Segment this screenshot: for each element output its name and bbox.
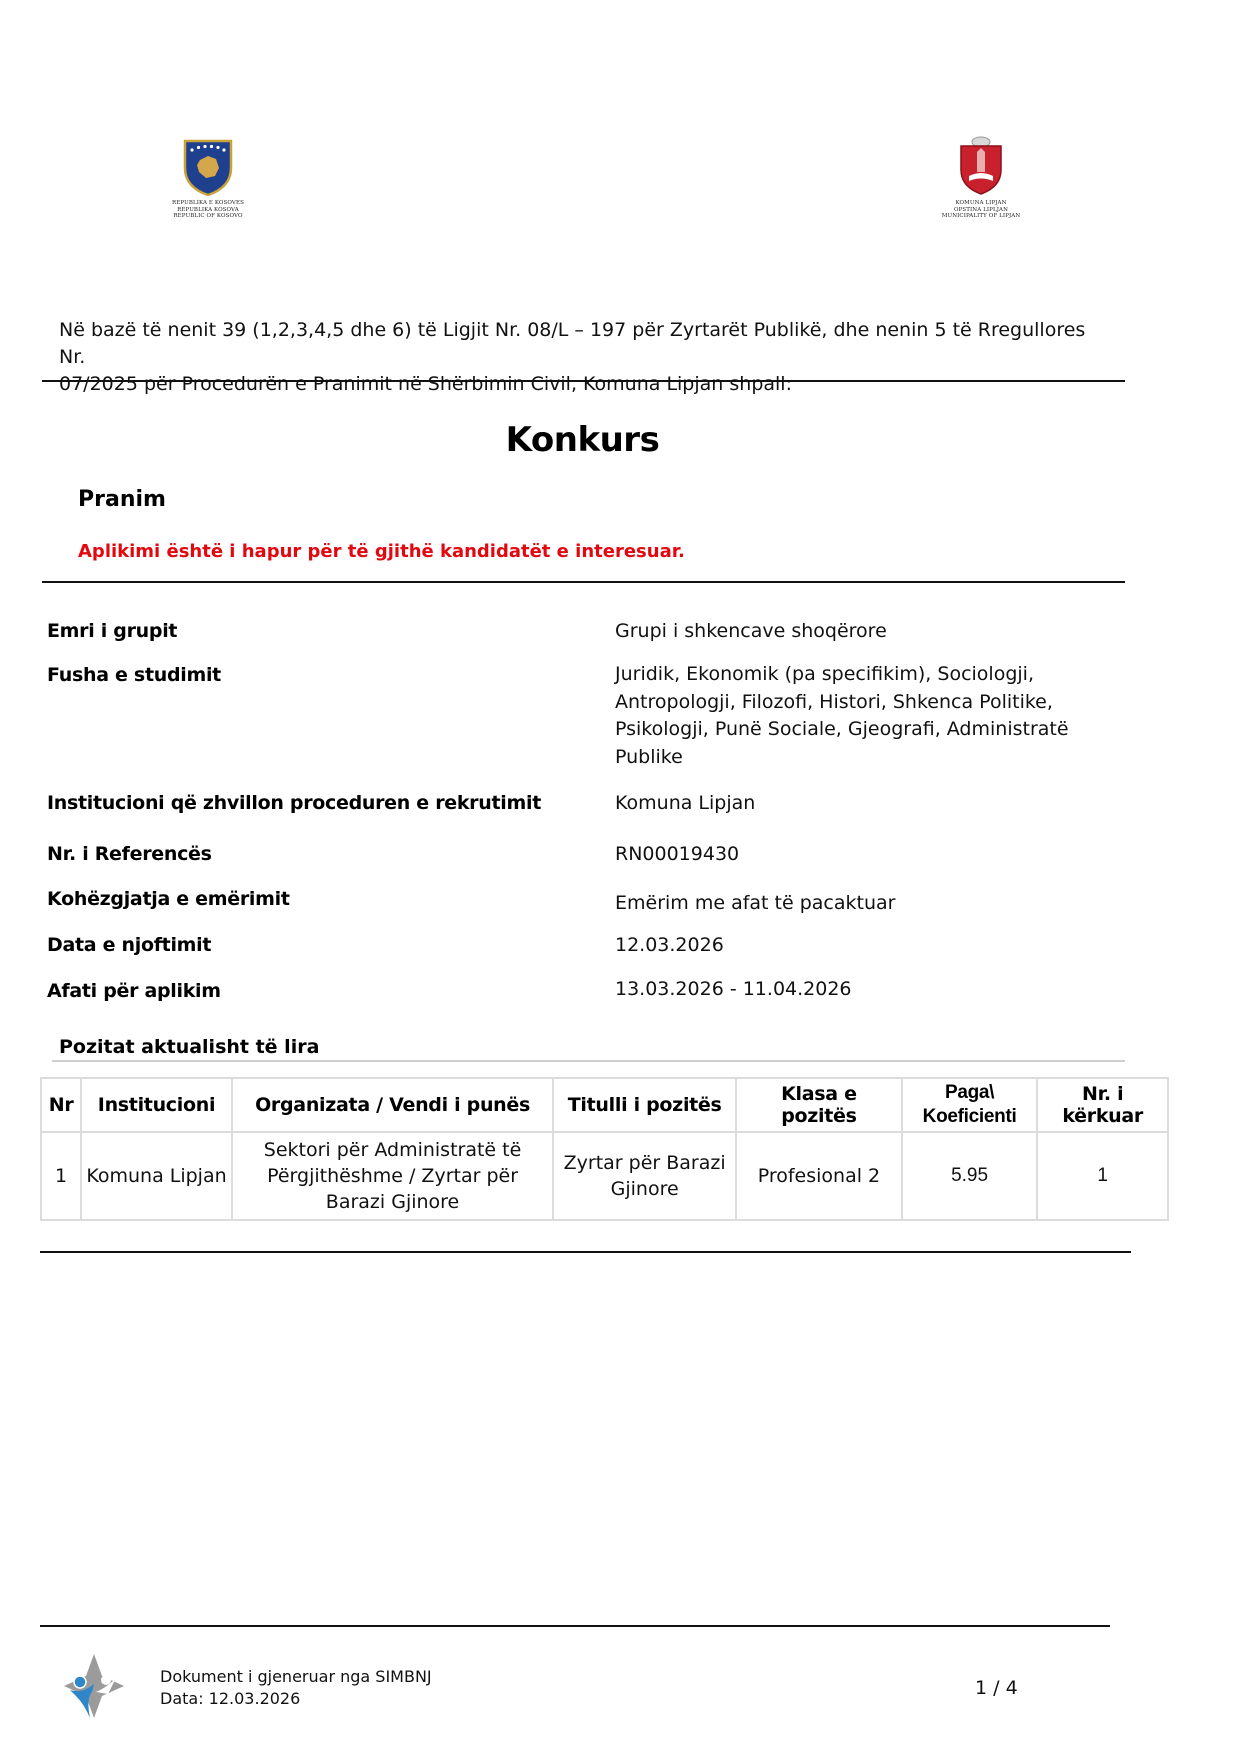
simbnj-logo (62, 1652, 126, 1720)
column-header-salary-coefficient: Paga\ Koeficienti (902, 1078, 1038, 1132)
positions-table: Nr Institucioni Organizata / Vendi i pun… (40, 1077, 1169, 1221)
table-header-row: Nr Institucioni Organizata / Vendi i pun… (41, 1078, 1168, 1132)
divider (42, 380, 1125, 382)
page-title: Konkurs (0, 420, 1165, 460)
lipjan-caption-line: MUNICIPALITY OF LIPJAN (938, 213, 1024, 220)
cell-position-title: Zyrtar për Barazi Gjinore (553, 1132, 736, 1220)
kosovo-caption-line: REPUBLIC OF KOSOVO (168, 213, 248, 220)
column-header-organization: Organizata / Vendi i punës (232, 1078, 553, 1132)
cell-organization: Sektori për Administratë të Përgjithëshm… (232, 1132, 553, 1220)
detail-label-group-name: Emri i grupit (47, 620, 177, 642)
divider (40, 1251, 1131, 1253)
detail-label-application-deadline: Afati për aplikim (47, 980, 221, 1002)
detail-label-appointment-duration: Kohëzgjatja e emërimit (47, 888, 290, 910)
detail-value-application-deadline: 13.03.2026 - 11.04.2026 (615, 976, 1085, 1004)
detail-label-reference-number: Nr. i Referencës (47, 843, 212, 865)
kosovo-caption-line: REPUBLIKA E KOSOVES (168, 200, 248, 207)
announcement-type: Pranim (78, 487, 166, 512)
detail-label-field-of-study: Fusha e studimit (47, 664, 221, 686)
eligibility-notice: Aplikimi është i hapur për të gjithë kan… (78, 541, 685, 562)
simbnj-logo-icon (62, 1652, 126, 1720)
cell-salary-coefficient: 5.95 (902, 1132, 1038, 1220)
detail-value-appointment-duration: Emërim me afat të pacaktuar (615, 890, 1085, 918)
detail-value-group-name: Grupi i shkencave shoqërore (615, 618, 1085, 646)
column-header-position-class: Klasa e pozitës (736, 1078, 902, 1132)
table-row: 1 Komuna Lipjan Sektori për Administratë… (41, 1132, 1168, 1220)
section-divider (52, 1060, 1125, 1062)
detail-value-notice-date: 12.03.2026 (615, 932, 1085, 960)
detail-value-field-of-study: Juridik, Ekonomik (pa specifikim), Socio… (615, 661, 1085, 771)
detail-value-institution: Komuna Lipjan (615, 790, 1085, 818)
footer-text: Dokument i gjeneruar nga SIMBNJ Data: 12… (160, 1666, 432, 1710)
detail-label-institution: Institucioni që zhvillon proceduren e re… (47, 792, 541, 814)
column-header-nr: Nr (41, 1078, 81, 1132)
generated-by: Dokument i gjeneruar nga SIMBNJ (160, 1666, 432, 1688)
cell-nr: 1 (41, 1132, 81, 1220)
column-header-required-count: Nr. i kërkuar (1037, 1078, 1168, 1132)
legal-basis-line: Në bazë të nenit 39 (1,2,3,4,5 dhe 6) të… (59, 317, 1089, 371)
cell-institution: Komuna Lipjan (81, 1132, 232, 1220)
kosovo-coat-of-arms-icon (182, 138, 234, 196)
detail-label-notice-date: Data e njoftimit (47, 934, 211, 956)
detail-value-reference-number: RN00019430 (615, 841, 1085, 869)
footer-divider (40, 1625, 1110, 1627)
page-number: 1 / 4 (975, 1677, 1018, 1699)
lipjan-municipality-emblem-icon (957, 136, 1005, 196)
column-header-position-title: Titulli i pozitës (553, 1078, 736, 1132)
divider (42, 581, 1125, 583)
cell-position-class: Profesional 2 (736, 1132, 902, 1220)
column-header-institution: Institucioni (81, 1078, 232, 1132)
kosovo-logo: REPUBLIKA E KOSOVES REPUBLIKA KOSOVA REP… (168, 138, 248, 222)
cell-required-count: 1 (1037, 1132, 1168, 1220)
legal-basis-paragraph: Në bazë të nenit 39 (1,2,3,4,5 dhe 6) të… (59, 317, 1089, 398)
lipjan-logo: KOMUNA LIPJAN OPSTINA LIPLJAN MUNICIPALI… (938, 136, 1024, 222)
legal-basis-line: 07/2025 për Procedurën e Pranimit në Shë… (59, 371, 1089, 398)
generated-date: Data: 12.03.2026 (160, 1688, 432, 1710)
positions-section-title: Pozitat aktualisht të lira (59, 1036, 319, 1058)
